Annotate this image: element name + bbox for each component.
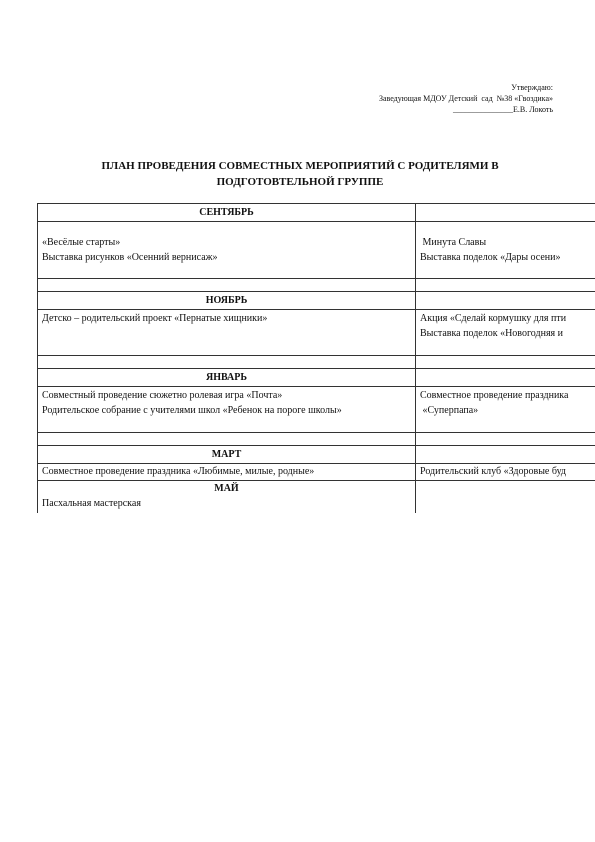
event-item: Родительский клуб «Здоровые буд	[420, 464, 595, 479]
event-item: Семейный спортивный конкурс «Здоровая се…	[42, 511, 411, 513]
table-row: МАРТ А	[38, 446, 595, 464]
month-events: МАЙ Пасхальная мастерская Семейный спорт…	[38, 481, 416, 514]
approval-position: Заведующая МДОУ Детский сад №38 «Гвоздик…	[379, 93, 553, 104]
month-events: Совместный проведение сюжетно ролевая иг…	[38, 387, 416, 433]
month-events: Акция «Сделай кормушку для пти Выставка …	[416, 310, 595, 356]
month-events: Детско – родительский проект «Пернатые х…	[38, 310, 416, 356]
event-item: Минута Славы	[420, 235, 595, 250]
events-grid: СЕНТЯБРЬ ОК «Весёлые старты» Выставка ри…	[37, 203, 595, 513]
month-events-empty	[416, 481, 595, 514]
month-header: А	[416, 446, 595, 464]
event-item: Совместное проведение праздника	[420, 388, 595, 403]
events-table: СЕНТЯБРЬ ОК «Весёлые старты» Выставка ри…	[37, 203, 595, 508]
month-header: МАЙ	[42, 481, 411, 496]
month-events: Совместное проведение праздника «Суперпа…	[416, 387, 595, 433]
table-row: МАЙ Пасхальная мастерская Семейный спорт…	[38, 481, 595, 514]
approval-block: Утверждаю: Заведующая МДОУ Детский сад №…	[379, 82, 553, 115]
event-item: Выставка поделок «Дары осени»	[420, 250, 595, 265]
table-row: Совместный проведение сюжетно ролевая иг…	[38, 387, 595, 433]
month-header: ДЕ	[416, 292, 595, 310]
title-line-1: ПЛАН ПРОВЕДЕНИЯ СОВМЕСТНЫХ МЕРОПРИЯТИЙ С…	[40, 158, 560, 174]
table-row: НОЯБРЬ ДЕ	[38, 292, 595, 310]
table-row: ЯНВАРЬ ФЕ	[38, 369, 595, 387]
table-row-spacer	[38, 433, 595, 446]
month-events: Минута Славы Выставка поделок «Дары осен…	[416, 222, 595, 279]
event-item: Пасхальная мастерская	[42, 496, 411, 511]
month-header: НОЯБРЬ	[38, 292, 416, 310]
approval-signature: _______________Е.В. Локоть	[379, 104, 553, 115]
table-row: Совместное проведение праздника «Любимые…	[38, 464, 595, 481]
event-item: «Суперпапа»	[420, 403, 595, 418]
event-item: «Весёлые старты»	[42, 235, 411, 250]
title-line-2: ПОДГОТОВТЕЛЬНОЙ ГРУППЕ	[40, 174, 560, 190]
event-item: Родительское собрание с учителями школ «…	[42, 403, 411, 418]
month-events: «Весёлые старты» Выставка рисунков «Осен…	[38, 222, 416, 279]
month-header: ФЕ	[416, 369, 595, 387]
month-header: МАРТ	[38, 446, 416, 464]
month-header: СЕНТЯБРЬ	[38, 204, 416, 222]
table-row: «Весёлые старты» Выставка рисунков «Осен…	[38, 222, 595, 279]
approval-label: Утверждаю:	[379, 82, 553, 93]
event-item: Детско – родительский проект «Пернатые х…	[42, 311, 411, 326]
event-item: Акция «Сделай кормушку для пти	[420, 311, 595, 326]
month-header: ЯНВАРЬ	[38, 369, 416, 387]
page-title: ПЛАН ПРОВЕДЕНИЯ СОВМЕСТНЫХ МЕРОПРИЯТИЙ С…	[40, 158, 560, 190]
month-events: Родительский клуб «Здоровые буд	[416, 464, 595, 481]
event-item: Выставка поделок «Новогодняя и	[420, 326, 595, 341]
month-events: Совместное проведение праздника «Любимые…	[38, 464, 416, 481]
table-row-spacer	[38, 279, 595, 292]
event-item: Совместный проведение сюжетно ролевая иг…	[42, 388, 411, 403]
table-row: Детско – родительский проект «Пернатые х…	[38, 310, 595, 356]
table-row-spacer	[38, 356, 595, 369]
month-header: ОК	[416, 204, 595, 222]
table-row: СЕНТЯБРЬ ОК	[38, 204, 595, 222]
event-item: Совместное проведение праздника «Любимые…	[42, 464, 411, 479]
event-item: Выставка рисунков «Осенний вернисаж»	[42, 250, 411, 265]
